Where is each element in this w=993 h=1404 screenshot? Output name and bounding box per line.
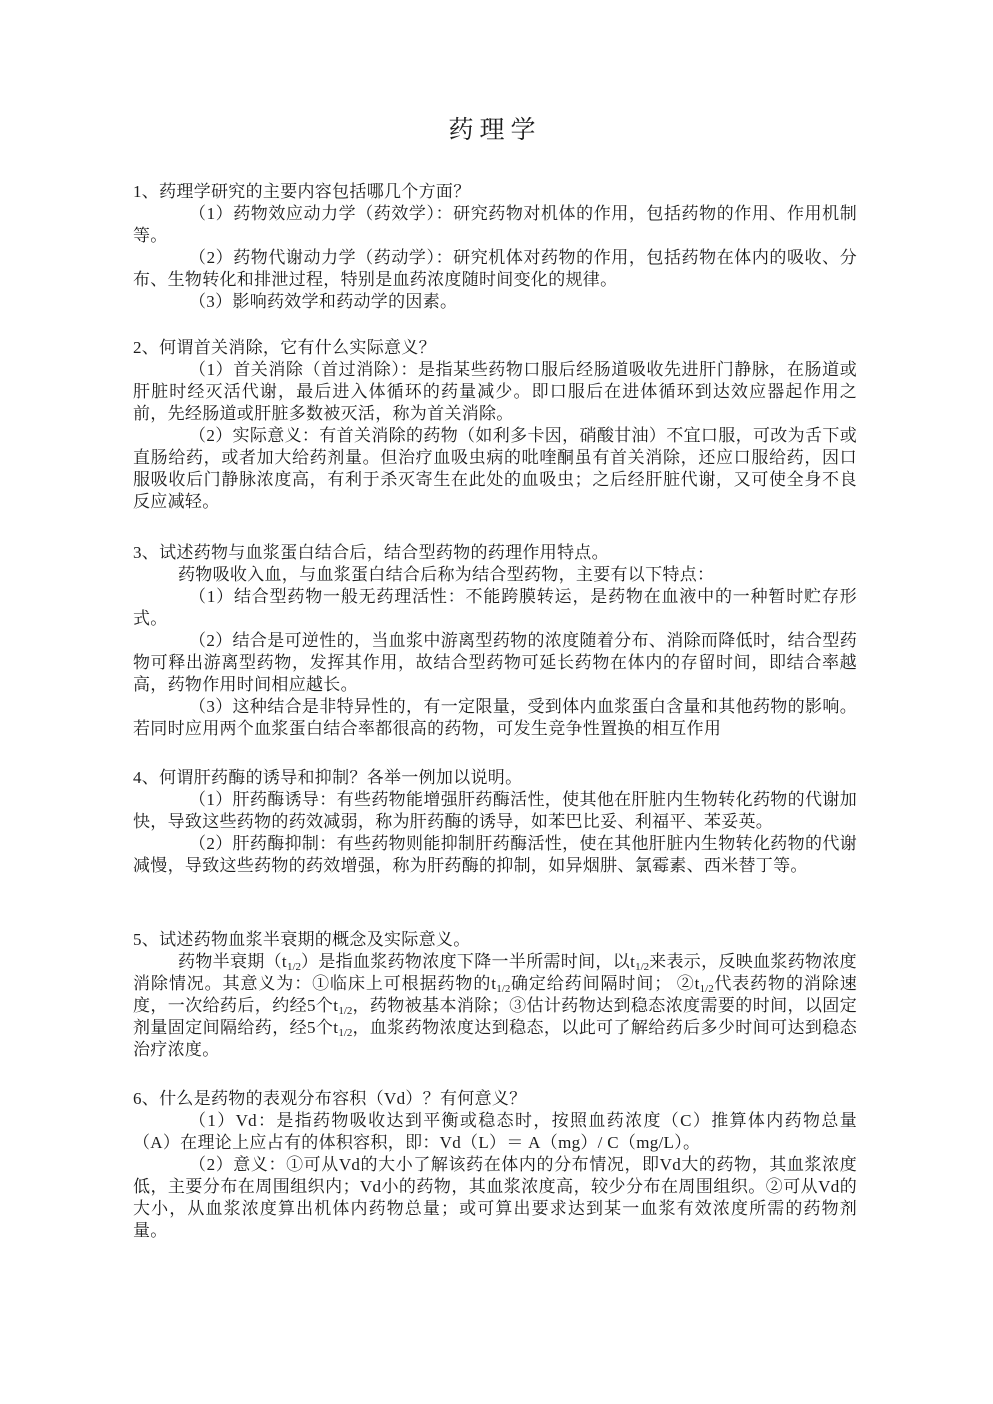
section-4-para-2: （2）肝药酶抑制：有些药物则能抑制肝药酶活性，使在其他肝脏内生物转化药物的代谢减… xyxy=(133,833,857,877)
section-3-para-2: （2）结合是可逆性的，当血浆中游离型药物的浓度随着分布、消除而降低时，结合型药物… xyxy=(133,630,857,696)
half-life-text-1: 药物半衰期（t xyxy=(178,952,287,971)
half-life-subscript: 1/2 xyxy=(287,961,301,973)
section-3-para-1: （1）结合型药物一般无药理活性：不能跨膜转运，是药物在血液中的一种暂时贮存形式。 xyxy=(133,586,857,630)
section-6-para-1: （1）Vd：是指药物吸收达到平衡或稳态时，按照血药浓度（C）推算体内药物总量（A… xyxy=(133,1110,857,1154)
section-6-para-2: （2）意义：①可从Vd的大小了解该药在体内的分布情况，即Vd大的药物，其血浆浓度… xyxy=(133,1154,857,1242)
section-5-intro: 药物半衰期（t1/2）是指血浆药物浓度下降一半所需时间，以t1/2来表示，反映血… xyxy=(133,951,857,1061)
half-life-subscript: 1/2 xyxy=(496,983,510,995)
section-6: 6、什么是药物的表观分布容积（Vd）？有何意义？ （1）Vd：是指药物吸收达到平… xyxy=(133,1088,857,1242)
document-title: 药理学 xyxy=(133,114,857,148)
section-2-para-1: （1）首关消除（首过消除）：是指某些药物口服后经肠道吸收先进肝门静脉，在肠道或肝… xyxy=(133,359,857,425)
section-5: 5、试述药物血浆半衰期的概念及实际意义。 药物半衰期（t1/2）是指血浆药物浓度… xyxy=(133,929,857,1061)
section-1-heading: 1、药理学研究的主要内容包括哪几个方面？ xyxy=(133,181,857,203)
section-4-heading: 4、何谓肝药酶的诱导和抑制？各举一例加以说明。 xyxy=(133,767,857,789)
section-1-para-1: （1）药物效应动力学（药效学）：研究药物对机体的作用，包括药物的作用、作用机制等… xyxy=(133,203,857,247)
section-4-para-1: （1）肝药酶诱导：有些药物能增强肝药酶活性，使其他在肝脏内生物转化药物的代谢加快… xyxy=(133,789,857,833)
section-1-para-2: （2）药物代谢动力学（药动学）：研究机体对药物的作用，包括药物在体内的吸收、分布… xyxy=(133,247,857,291)
section-3: 3、试述药物与血浆蛋白结合后，结合型药物的药理作用特点。 药物吸收入血，与血浆蛋… xyxy=(133,542,857,740)
half-life-subscript: 1/2 xyxy=(338,1027,352,1039)
section-3-heading: 3、试述药物与血浆蛋白结合后，结合型药物的药理作用特点。 xyxy=(133,542,857,564)
half-life-text-2: ）是指血浆药物浓度下降一半所需时间，以t xyxy=(301,952,635,971)
section-3-intro: 药物吸收入血，与血浆蛋白结合后称为结合型药物，主要有以下特点： xyxy=(133,564,857,586)
section-2-para-2: （2）实际意义：有首关消除的药物（如利多卡因，硝酸甘油）不宜口服，可改为舌下或直… xyxy=(133,425,857,513)
section-1-para-3: （3）影响药效学和药动学的因素。 xyxy=(133,291,857,313)
document-page: 药理学 1、药理学研究的主要内容包括哪几个方面？ （1）药物效应动力学（药效学）… xyxy=(0,0,993,1404)
section-6-heading: 6、什么是药物的表观分布容积（Vd）？有何意义？ xyxy=(133,1088,857,1110)
half-life-subscript: 1/2 xyxy=(338,1005,352,1017)
section-4: 4、何谓肝药酶的诱导和抑制？各举一例加以说明。 （1）肝药酶诱导：有些药物能增强… xyxy=(133,767,857,877)
section-3-para-3: （3）这种结合是非特异性的，有一定限量，受到体内血浆蛋白含量和其他药物的影响。若… xyxy=(133,696,857,740)
half-life-subscript: 1/2 xyxy=(635,961,649,973)
section-5-heading: 5、试述药物血浆半衰期的概念及实际意义。 xyxy=(133,929,857,951)
section-2: 2、何谓首关消除，它有什么实际意义？ （1）首关消除（首过消除）：是指某些药物口… xyxy=(133,337,857,513)
section-1: 1、药理学研究的主要内容包括哪几个方面？ （1）药物效应动力学（药效学）：研究药… xyxy=(133,181,857,313)
half-life-subscript: 1/2 xyxy=(700,983,714,995)
half-life-text-4: 确定给药间隔时间； ②t xyxy=(510,974,699,993)
section-2-heading: 2、何谓首关消除，它有什么实际意义？ xyxy=(133,337,857,359)
